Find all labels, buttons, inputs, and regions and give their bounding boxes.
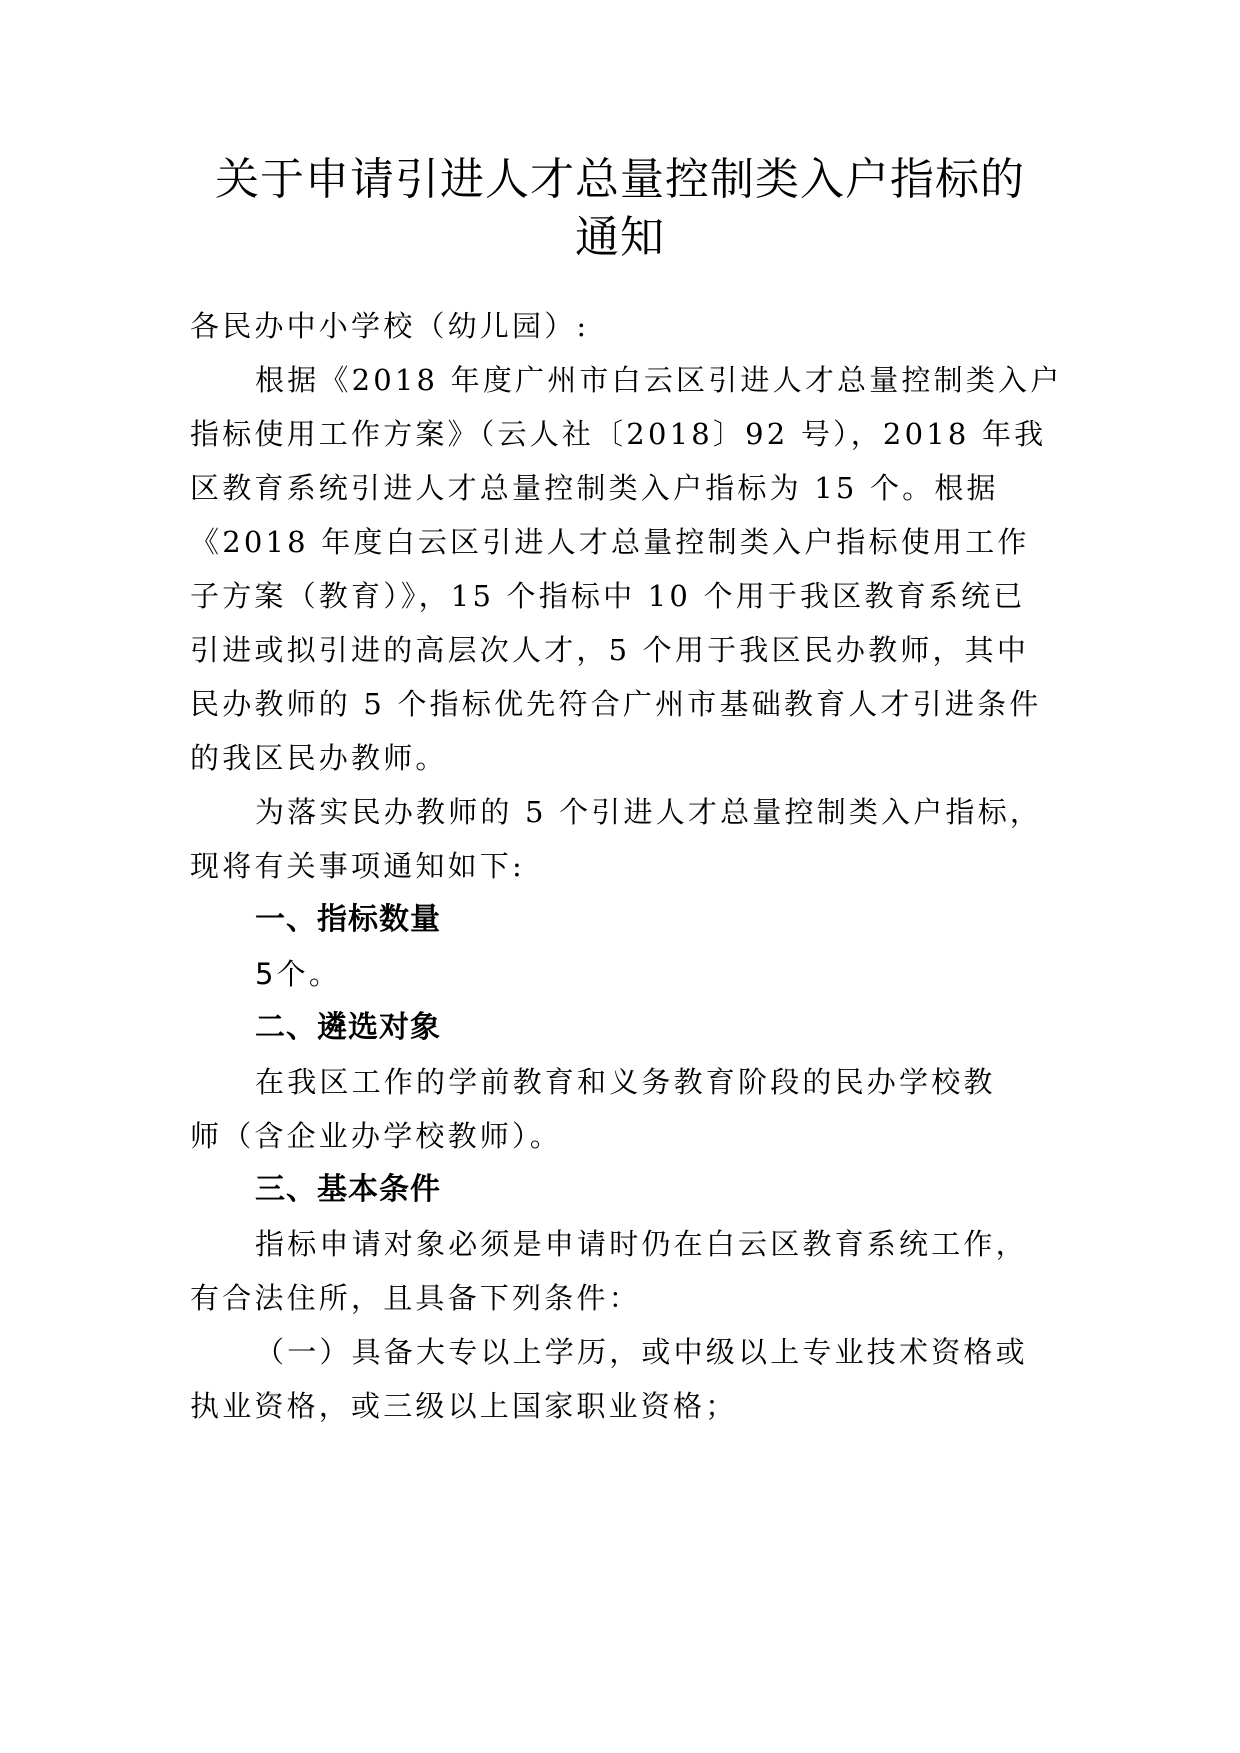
- section-1-heading: 一、指标数量: [255, 900, 441, 940]
- paragraph-1-line-6: 引进或拟引进的高层次人才，5 个用于我区民办教师，其中: [190, 630, 1029, 670]
- paragraph-1-line-8: 的我区民办教师。: [190, 738, 448, 778]
- section-2-line-2: 师（含企业办学校教师）。: [190, 1116, 562, 1156]
- paragraph-1-line-3: 区教育系统引进人才总量控制类入户指标为 15 个。根据: [190, 468, 999, 508]
- section-3-item-1-line-1: （一）具备大专以上学历，或中级以上专业技术资格或: [255, 1332, 1028, 1372]
- section-3-intro-line-2: 有合法住所，且具备下列条件：: [190, 1278, 641, 1318]
- document-title-line-2: 通知: [150, 208, 1090, 268]
- section-2-heading: 二、遴选对象: [255, 1008, 441, 1048]
- paragraph-1-line-1: 根据《2018 年度广州市白云区引进人才总量控制类入户: [255, 360, 1062, 400]
- paragraph-1-line-2: 指标使用工作方案》（云人社〔2018〕92 号），2018 年我: [190, 414, 1046, 454]
- section-1-content: 5个。: [255, 954, 341, 994]
- paragraph-1-line-5: 子方案（教育）》，15 个指标中 10 个用于我区教育系统已: [190, 576, 1025, 616]
- paragraph-2-line-2: 现将有关事项通知如下:: [190, 846, 525, 886]
- document-title-line-1: 关于申请引进人才总量控制类入户指标的: [150, 150, 1090, 210]
- paragraph-1-line-7: 民办教师的 5 个指标优先符合广州市基础教育人才引进条件: [190, 684, 1042, 724]
- section-2-line-1: 在我区工作的学前教育和义务教育阶段的民办学校教: [255, 1062, 996, 1102]
- document-page: 关于申请引进人才总量控制类入户指标的 通知 各民办中小学校（幼儿园）: 根据《2…: [0, 0, 1240, 1753]
- section-3-heading: 三、基本条件: [255, 1170, 441, 1210]
- paragraph-1-line-4: 《2018 年度白云区引进人才总量控制类入户指标使用工作: [190, 522, 1030, 562]
- salutation: 各民办中小学校（幼儿园）:: [190, 306, 589, 346]
- paragraph-2-line-1: 为落实民办教师的 5 个引进人才总量控制类入户指标，: [255, 792, 1042, 832]
- section-3-intro-line-1: 指标申请对象必须是申请时仍在白云区教育系统工作，: [255, 1224, 1028, 1264]
- section-3-item-1-line-2: 执业资格，或三级以上国家职业资格；: [190, 1386, 737, 1426]
